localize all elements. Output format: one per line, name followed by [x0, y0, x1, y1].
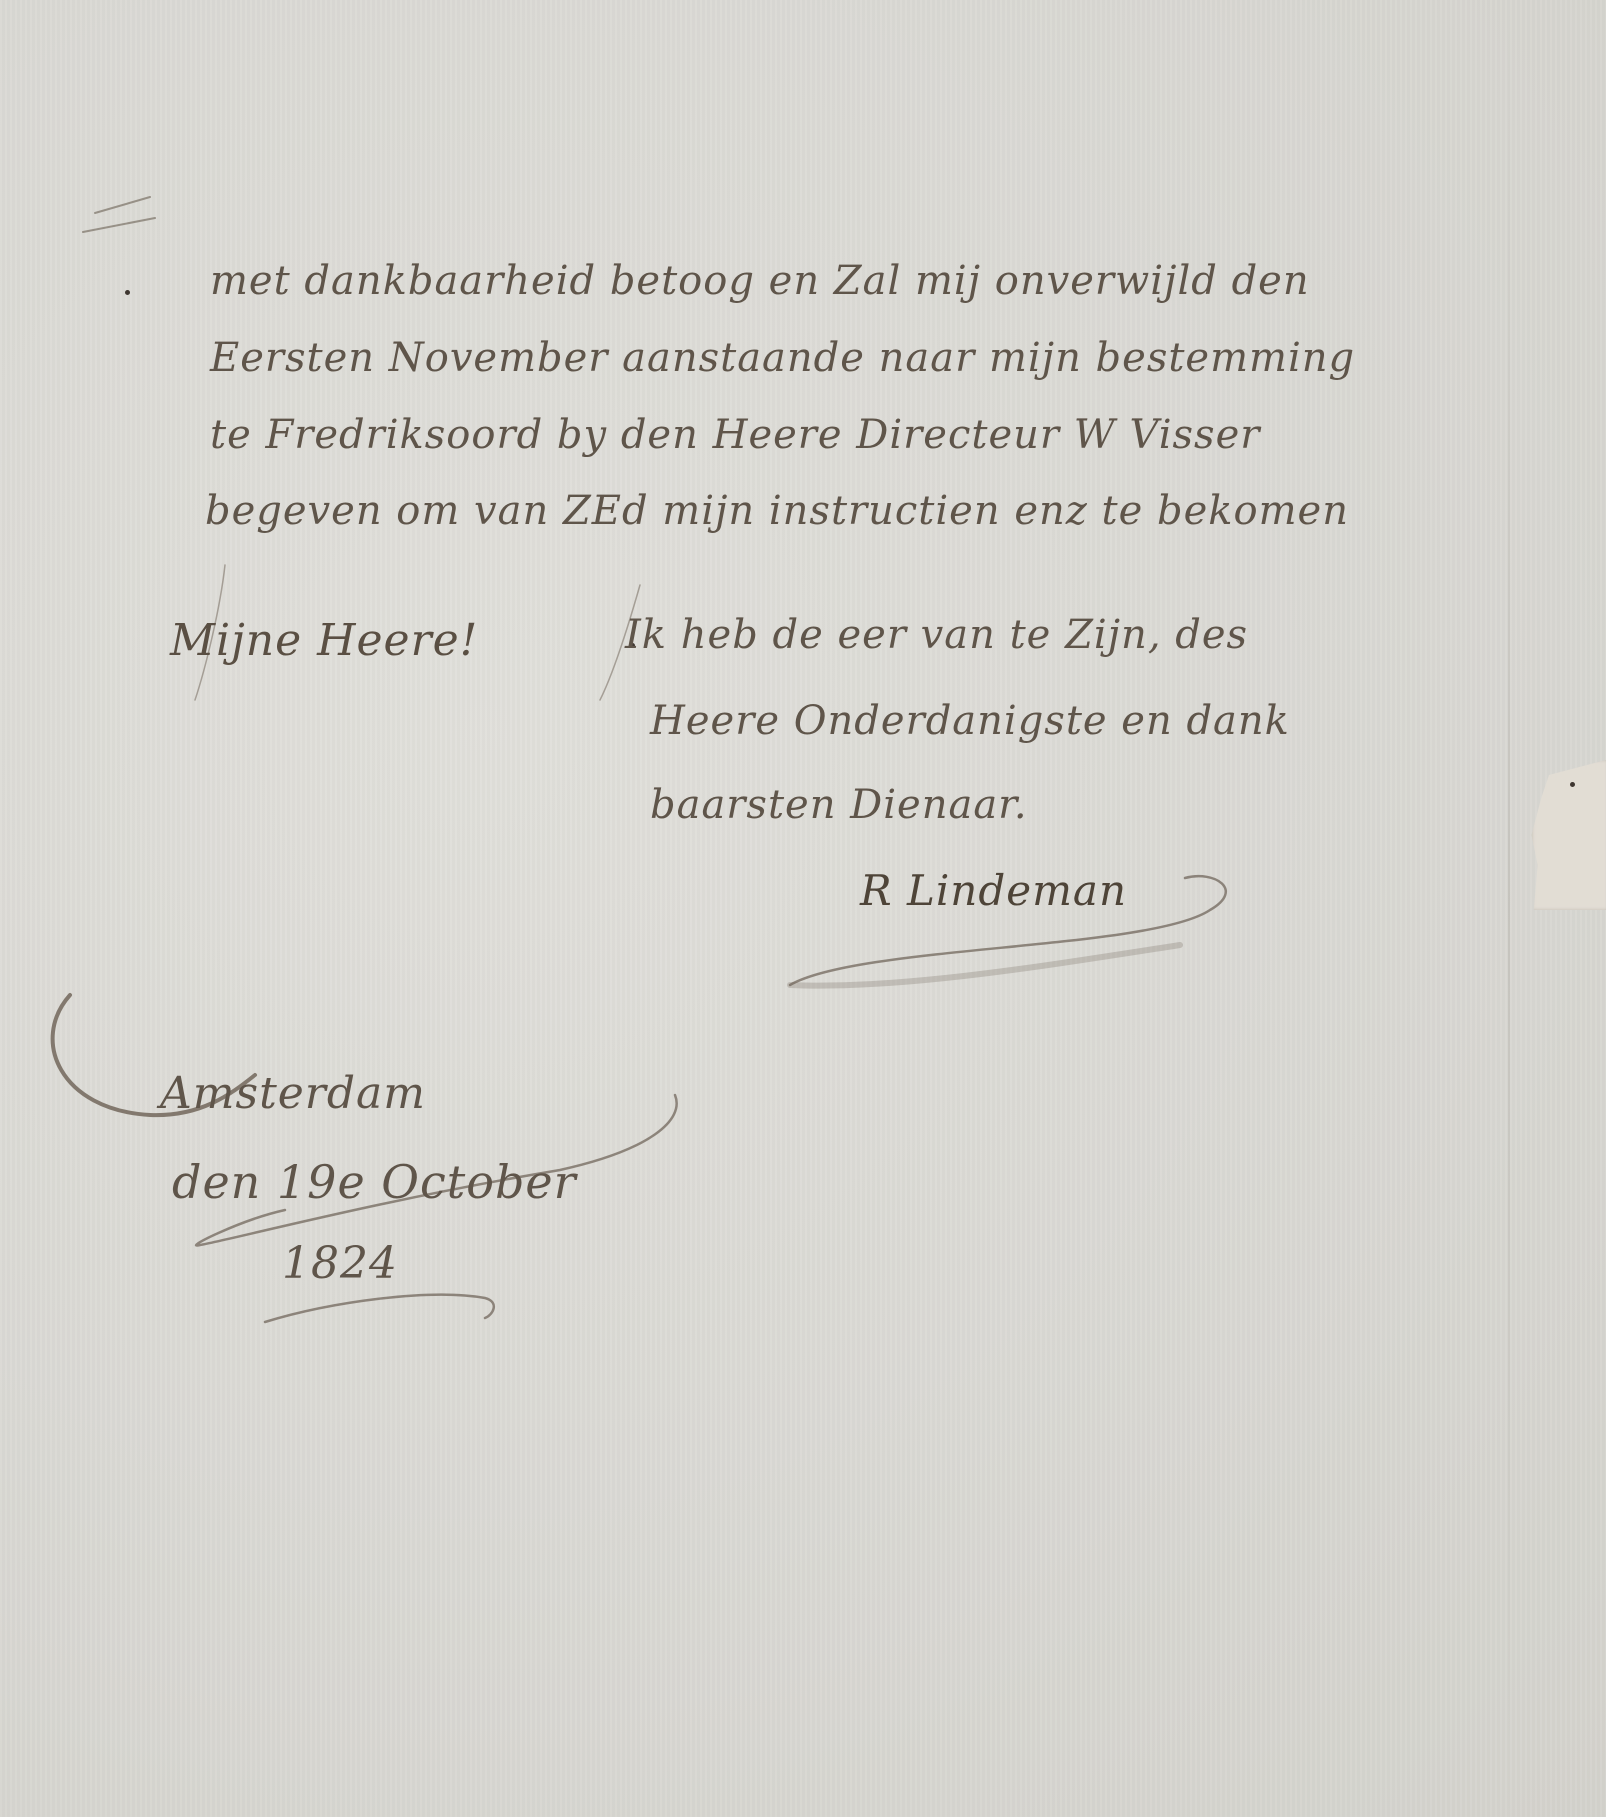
ink-spot [125, 290, 130, 295]
ink-spot [1570, 782, 1575, 787]
body-line-2: Eersten November aanstaande naar mijn be… [210, 335, 1355, 381]
closing-line-1: Ik heb de eer van te Zijn, des [625, 612, 1248, 658]
paper-fold-line [1508, 0, 1510, 1817]
body-line-1: met dankbaarheid betoog en Zal mij onver… [210, 258, 1310, 304]
body-line-3: te Fredriksoord by den Heere Directeur W… [210, 412, 1260, 458]
year: 1824 [282, 1238, 398, 1289]
closing-line-3: baarsten Dienaar. [650, 782, 1028, 828]
date-line: den 19e October [172, 1155, 577, 1209]
body-line-4: begeven om van ZEd mijn instructien enz … [205, 488, 1349, 534]
place-of-writing: Amsterdam [160, 1068, 426, 1119]
signature: R Lindeman [860, 866, 1127, 915]
closing-line-2: Heere Onderdanigste en dank [650, 698, 1290, 744]
salutation: Mijne Heere! [170, 615, 478, 666]
